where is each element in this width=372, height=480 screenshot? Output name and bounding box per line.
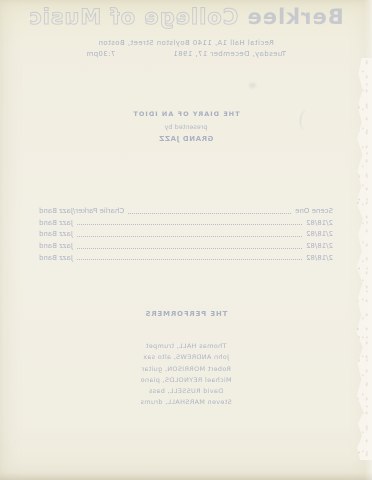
program-row: 2/18/82 Jazz Band (39, 255, 333, 263)
dot-leader (77, 248, 302, 249)
performer-line: Steven MARSHALL, drums (0, 397, 372, 408)
program-item-left: Scene One (295, 208, 333, 216)
bottom-edge-shadow (0, 472, 372, 480)
program-item-right: Jazz Band (39, 231, 73, 239)
date-time-line: Tuesday, December 17, 1981 7:30pm (86, 50, 286, 58)
program-title: THE DIARY OF AN IDIOT (0, 110, 372, 118)
program-row: 2/18/82 Jazz Band (39, 220, 333, 228)
paper-smudge (249, 83, 256, 88)
program-item-left: 2/18/82 (306, 255, 333, 263)
performers-heading: THE PERFORMERS (0, 310, 372, 318)
performer-line: Robert MORRISON, guitar (0, 364, 372, 375)
logo-rest-text: College of Music (28, 5, 246, 29)
dot-leader (128, 213, 291, 214)
logo-brand-text: Berklee (247, 5, 344, 29)
scanned-page: Berklee College of Music Recital Hall 1A… (0, 0, 372, 480)
program-item-right: Jazz Band (39, 220, 73, 228)
dot-leader (77, 224, 302, 225)
program-item-right: Jazz Band (39, 243, 73, 251)
program-item-left: 2/18/82 (306, 231, 333, 239)
dot-leader (77, 259, 302, 260)
program-row: 2/18/82 Jazz Band (39, 231, 333, 239)
performer-line: David RUSSELL, bass (0, 386, 372, 397)
performer-line: Michael REYNOLDS, piano (0, 375, 372, 386)
program-item-right: Charlie Parker/Jazz Band (39, 208, 124, 216)
program-item-left: 2/18/82 (306, 220, 333, 228)
performers-list: Thomas HALL, trumpet John ANDREWS, alto … (0, 341, 372, 409)
program-list: Scene One Charlie Parker/Jazz Band 2/18/… (39, 208, 333, 266)
berklee-logo: Berklee College of Music (0, 5, 372, 29)
program-row: 2/18/82 Jazz Band (39, 243, 333, 251)
dot-leader (77, 236, 302, 237)
presenter-name: GRAND JAZZ (0, 135, 372, 143)
right-edge-highlight (364, 0, 372, 480)
date-text: Tuesday, December 17, 1981 (173, 50, 286, 58)
address-line: Recital Hall 1A, 1140 Boylston Street, B… (0, 39, 372, 48)
byline: presented by (0, 123, 372, 131)
performer-line: John ANDREWS, alto sax (0, 352, 372, 363)
program-row: Scene One Charlie Parker/Jazz Band (39, 208, 333, 216)
time-text: 7:30pm (86, 50, 115, 58)
program-item-right: Jazz Band (39, 255, 73, 263)
program-item-left: 2/18/82 (306, 243, 333, 251)
performer-line: Thomas HALL, trumpet (0, 341, 372, 352)
bleedthrough-layer: Berklee College of Music Recital Hall 1A… (0, 0, 372, 480)
